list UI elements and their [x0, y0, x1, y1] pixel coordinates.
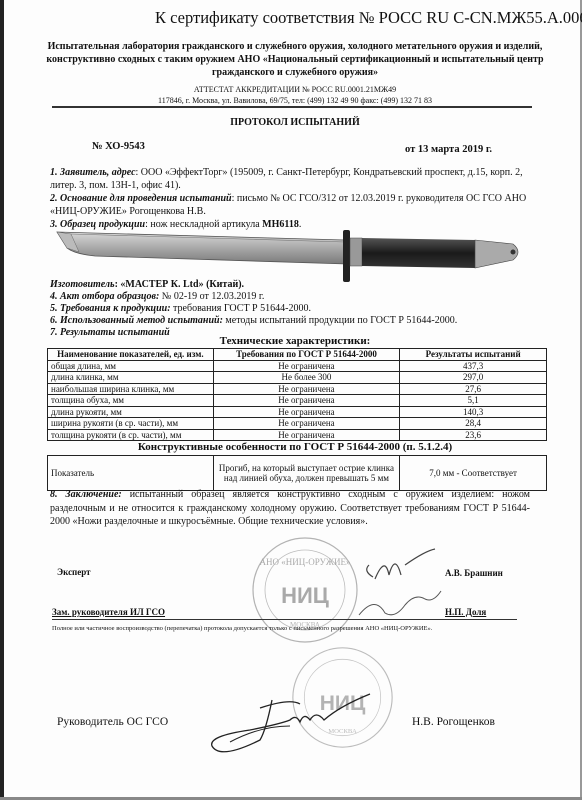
result-cell: 5,1	[400, 395, 547, 407]
head-name: Н.В. Рогощенков	[412, 716, 495, 728]
requirement-cell: Не ограничена	[213, 429, 400, 441]
expert-role: Эксперт	[57, 567, 91, 577]
head-signature-icon	[200, 690, 400, 760]
requirement-cell: Не ограничена	[213, 406, 400, 418]
design-table-title: Конструктивные особенности по ГОСТ Р 516…	[40, 441, 550, 453]
requirement-cell: Не ограничена	[213, 418, 400, 430]
requirement-cell: Не ограничена	[213, 395, 400, 407]
table-header-row: Наименование показателей, ед. изм. Требо…	[48, 349, 547, 361]
header-divider	[52, 106, 532, 108]
stamp-arc-text: АНО «НИЦ-ОРУЖИЕ»	[260, 557, 351, 567]
act-value: № 02-19 от 12.03.2019 г.	[159, 291, 264, 302]
col-header-requirement: Требования по ГОСТ Р 51644-2000	[213, 349, 400, 361]
indicator-cell: длина рукояти, мм	[48, 406, 214, 418]
requirement-cell: Не ограничена	[213, 360, 400, 372]
protocol-number: № ХО-9543	[92, 141, 145, 152]
indicator-cell: толщина обуха, мм	[48, 395, 214, 407]
result-cell: 27,6	[400, 383, 547, 395]
act-label: 4. Акт отбора образцов:	[50, 291, 159, 302]
stamp-logo: НИЦ	[281, 583, 329, 608]
table-row: ширина рукояти (в ср. части), ммНе огран…	[48, 418, 547, 430]
col-header-indicator: Наименование показателей, ед. изм.	[48, 349, 214, 361]
laboratory-name: Испытательная лаборатория гражданского и…	[40, 40, 550, 79]
item-basis: 2. Основание для проведения испытаний: п…	[50, 192, 530, 218]
table-row: длина клинка, ммНе более 300297,0	[48, 372, 547, 384]
design-requirement: Прогиб, на который выступает острие клин…	[213, 456, 400, 491]
design-result: 7,0 мм - Соответствует	[400, 456, 547, 491]
accreditation-number: АТТЕСТАТ АККРЕДИТАЦИИ № РОСС RU.0001.21М…	[40, 84, 550, 95]
manufacturer-value: : «МАСТЕР К. Ltd» (Китай).	[115, 279, 244, 290]
indicator-cell: толщина рукояти (в ср. части), мм	[48, 429, 214, 441]
applicant-label: 1. Заявитель, адрес	[50, 167, 136, 178]
result-cell: 297,0	[400, 372, 547, 384]
requirements-label: 5. Требования к продукции:	[50, 303, 171, 314]
table-row: толщина обуха, ммНе ограничена5,1	[48, 395, 547, 407]
scan-edge-left	[0, 0, 4, 800]
manufacturer-label: Изготовитель	[50, 279, 115, 290]
table-row: Показатель Прогиб, на который выступает …	[48, 456, 547, 491]
protocol-title: ПРОТОКОЛ ИСПЫТАНИЙ	[40, 117, 550, 128]
method-value: методы испытаний продукции по ГОСТ Р 516…	[223, 315, 457, 326]
requirement-cell: Не ограничена	[213, 383, 400, 395]
result-cell: 23,6	[400, 429, 547, 441]
tech-specs-table: Наименование показателей, ед. изм. Требо…	[47, 348, 547, 441]
indicator-cell: ширина рукояти (в ср. части), мм	[48, 418, 214, 430]
conclusion: 8. Заключение: испытанный образец являет…	[50, 488, 530, 529]
indicator-cell: длина клинка, мм	[48, 372, 214, 384]
basis-label: 2. Основание для проведения испытаний	[50, 193, 232, 204]
result-cell: 437,3	[400, 360, 547, 372]
certificate-reference: К сертификату соответствия № РОСС RU С-C…	[155, 8, 575, 28]
tech-table-title: Технические характеристики:	[40, 335, 550, 347]
design-features-table: Показатель Прогиб, на который выступает …	[47, 455, 547, 491]
deputy-role: Зам. руководителя ИЛ ГСО	[52, 607, 165, 617]
table-row: длина рукояти, ммНе ограничена140,3	[48, 406, 547, 418]
indicator-cell: наибольшая ширина клинка, мм	[48, 383, 214, 395]
conclusion-text: испытанный образец является конструктивн…	[50, 489, 530, 527]
table-row: общая длина, ммНе ограничена437,3	[48, 360, 547, 372]
item-applicant: 1. Заявитель, адрес: ООО «ЭффектТорг» (1…	[50, 166, 530, 192]
document-page: К сертификату соответствия № РОСС RU С-C…	[0, 0, 582, 800]
deputy-name: Н.П. Доля	[445, 607, 486, 617]
table-row: наибольшая ширина клинка, ммНе ограничен…	[48, 383, 547, 395]
reproduction-note: Полное или частичное воспроизводство (пе…	[52, 625, 552, 632]
accreditation-block: АТТЕСТАТ АККРЕДИТАЦИИ № РОСС RU.0001.21М…	[40, 84, 550, 106]
method-label: 6. Использованный метод испытаний:	[50, 315, 223, 326]
requirement-cell: Не более 300	[213, 372, 400, 384]
lab-address: 117846, г. Москва, ул. Вавилова, 69/75, …	[40, 95, 550, 106]
col-header-result: Результаты испытаний	[400, 349, 547, 361]
result-cell: 140,3	[400, 406, 547, 418]
conclusion-label: 8. Заключение:	[50, 489, 122, 500]
result-cell: 28,4	[400, 418, 547, 430]
head-role: Руководитель ОС ГСО	[57, 716, 168, 728]
table-row: толщина рукояти (в ср. части), ммНе огра…	[48, 429, 547, 441]
indicator-cell: общая длина, мм	[48, 360, 214, 372]
expert-name: А.В. Брашнин	[445, 568, 503, 578]
signature-divider	[52, 619, 517, 620]
design-indicator: Показатель	[48, 456, 214, 491]
requirements-value: требования ГОСТ Р 51644-2000.	[171, 303, 311, 314]
protocol-date: от 13 марта 2019 г.	[405, 144, 492, 155]
